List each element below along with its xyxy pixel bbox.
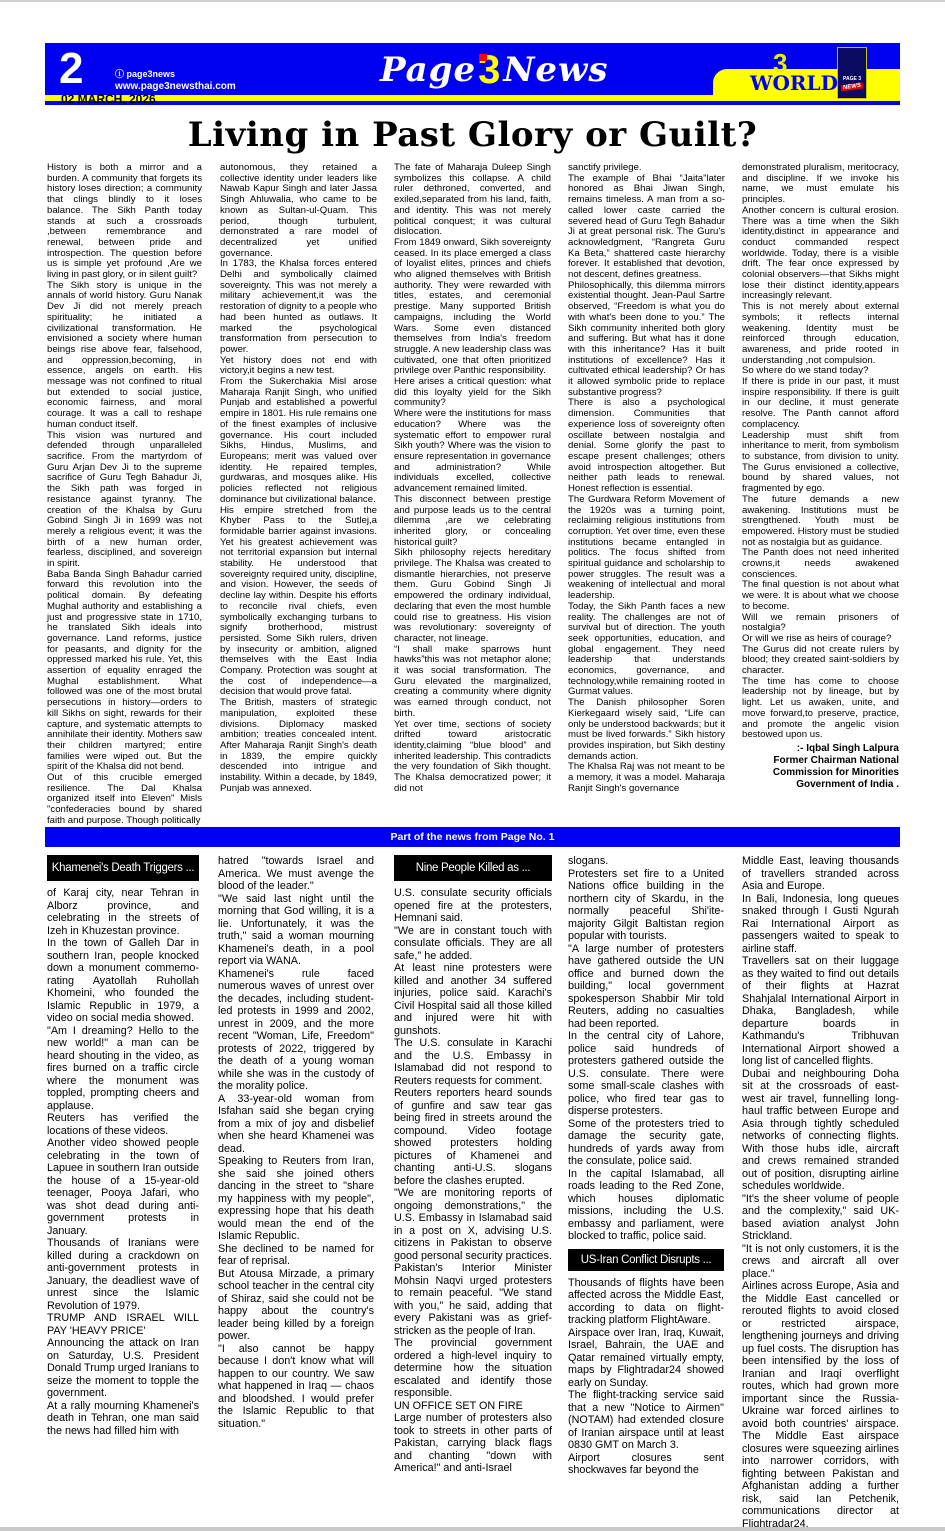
paragraph: The Gurus did not create rulers by blood…: [742, 645, 899, 677]
paragraph: "I also cannot be happy because I don't …: [218, 1343, 374, 1431]
news-column-5: Middle East, leaving thousands of travel…: [742, 855, 899, 1530]
page-number: 2: [59, 45, 83, 93]
paragraph: Philosophically, this dilemma mirrors ex…: [568, 281, 725, 399]
paragraph: demonstrated pluralism, meritocracy, and…: [742, 163, 899, 206]
paragraph: In 1783, the Khalsa forces entered Delhi…: [220, 259, 377, 355]
social-handle-text: page3news: [127, 69, 176, 79]
paragraph: The final question is not about what we …: [742, 580, 899, 612]
badge-line2: NEWS: [841, 82, 864, 91]
paragraph: Where were the institutions for mass edu…: [394, 409, 551, 495]
signature-line: Government of India .: [742, 779, 899, 791]
website-link[interactable]: www.page3newsthai.com: [115, 81, 236, 92]
signature-line: :- Iqbal Singh Lalpura: [742, 743, 899, 755]
paragraph: In the central city of Lahore, police sa…: [568, 1030, 724, 1118]
social-handle[interactable]: ⓘ page3news: [115, 67, 175, 80]
paragraph: From the Sukerchakia Misl arose Maharaja…: [220, 377, 377, 505]
paragraph: A 33-year-old woman from Isfahan said sh…: [218, 1093, 374, 1156]
badge-line1: PAGE 3: [843, 76, 861, 82]
paragraph: Khamenei's rule faced numerous waves of …: [218, 968, 374, 1093]
paragraph: The flight-tracking service said that a …: [568, 1389, 724, 1452]
paragraph: Will we remain prisoners of nostalgia?: [742, 613, 899, 634]
subheading: UN OFFICE SET ON FIRE: [394, 1400, 552, 1413]
badge-number: 3: [773, 50, 931, 76]
paragraph: The Sikh story is unique in the annals o…: [47, 281, 202, 431]
masthead: 2 ⓘ page3news www.page3newsthai.com 02 M…: [45, 43, 900, 105]
paragraph: "We are in constant touch with consulate…: [394, 925, 552, 963]
feature-column-2: autonomous, they retained a collective i…: [220, 163, 377, 794]
paragraph: of Karaj city, near Tehran in Alborz pro…: [47, 887, 199, 937]
logo-text-page: Page: [380, 50, 476, 90]
story-kicker-khamenei[interactable]: Khamenei's Death Triggers ...: [47, 855, 199, 881]
paragraph: The future demands a new awakening. Inst…: [742, 495, 899, 549]
feature-column-3: The fate of Maharaja Duleep Singh symbol…: [394, 163, 551, 794]
news-column-3: Nine People Killed as ... U.S. consulate…: [394, 855, 552, 1475]
paragraph: In the capital Islamabad, all roads lead…: [568, 1168, 724, 1243]
newspaper-logo: Page3News: [380, 47, 608, 93]
paragraph: "A large number of protesters have gathe…: [568, 943, 724, 1031]
paragraph: The time has come to choose leadership n…: [742, 677, 899, 741]
paragraph: Yet history does not end with victory,it…: [220, 356, 377, 377]
paragraph: “I shall make sparrows hunt hawks”this w…: [394, 645, 551, 720]
paragraph: This vision was nurtured and defended th…: [47, 431, 202, 570]
feature-column-1: History is both a mirror and a burden. A…: [47, 163, 202, 827]
paragraph: She declined to be named for fear of rep…: [218, 1243, 374, 1268]
paragraph: Middle East, leaving thousands of travel…: [742, 855, 899, 893]
paragraph: The Panth does not need inherited crowns…: [742, 548, 899, 580]
paragraph: U.S. consulate security officials opened…: [394, 887, 552, 925]
story-kicker-nine-killed[interactable]: Nine People Killed as ...: [394, 855, 552, 881]
subheading: TRUMP AND ISRAEL WILL PAY 'HEAVY PRICE': [47, 1312, 199, 1337]
news-column-2: hatred "towards Israel and America. We m…: [218, 855, 374, 1430]
paragraph: The fate of Maharaja Duleep Singh symbol…: [394, 163, 551, 238]
paragraph: But Atousa Mirzade, a primary school tea…: [218, 1268, 374, 1343]
paragraph: This disconnect between prestige and pur…: [394, 495, 551, 549]
page-bottom-rule: [0, 1527, 945, 1531]
continued-from-page-bar: Part of the news from Page No. 1: [45, 827, 900, 847]
paragraph: Announcing the attack on Iran on Saturda…: [47, 1337, 199, 1400]
paragraph: Here arises a critical question: what di…: [394, 377, 551, 409]
signature-line: Commission for Minorities: [742, 767, 899, 779]
paragraph: Some of the protesters tried to damage t…: [568, 1118, 724, 1168]
paragraph: Dubai and neighbouring Doha sit at the c…: [742, 1068, 899, 1193]
signature-line: Former Chairman National: [742, 755, 899, 767]
paragraph: Pakistan's Interior Minister Mohsin Naqv…: [394, 1262, 552, 1337]
paragraph: The example of Bhai “Jaita”later honored…: [568, 174, 725, 281]
paragraph: "Am I dreaming? Hello to the new world!"…: [47, 1025, 199, 1113]
news-column-4: slogans. Protesters set fire to a United…: [568, 855, 724, 1477]
masthead-bottom-rule: [45, 101, 900, 105]
logo-text-news: News: [503, 50, 608, 90]
paragraph: "We said last night until the morning th…: [218, 893, 374, 968]
feature-headline: Living in Past Glory or Guilt?: [0, 115, 945, 155]
paragraph: Yet over time, sections of society drift…: [394, 720, 551, 795]
paragraph: autonomous, they retained a collective i…: [220, 163, 377, 259]
paragraph: Travellers sat on their luggage as they …: [742, 955, 899, 1068]
paragraph: Out of this crucible emerged resilience.…: [47, 773, 202, 827]
paragraph: Thousands of Iranians were killed during…: [47, 1237, 199, 1312]
feature-column-4: sanctify privilege. The example of Bhai …: [568, 163, 725, 794]
author-signature: :- Iqbal Singh Lalpura Former Chairman N…: [742, 743, 899, 791]
story-kicker-us-iran[interactable]: US-Iran Conflict Disrupts ...: [568, 1249, 724, 1271]
feature-column-5: demonstrated pluralism, meritocracy, and…: [742, 163, 899, 791]
paragraph: Another concern is cultural erosion. The…: [742, 206, 899, 302]
paragraph: History is both a mirror and a burden. A…: [47, 163, 202, 281]
brand-badge: 3 PAGE 3 NEWS: [837, 47, 867, 99]
paragraph: "We are monitoring reports of ongoing de…: [394, 1187, 552, 1262]
news-column-1: Khamenei's Death Triggers ... of Karaj c…: [47, 855, 199, 1437]
paragraph: In Bali, Indonesia, long queues snaked t…: [742, 893, 899, 956]
paragraph: Airport closures sent shockwaves far bey…: [568, 1452, 724, 1477]
paragraph: The Khalsa Raj was not meant to be a mem…: [568, 762, 725, 794]
facebook-icon: ⓘ: [115, 69, 124, 79]
paragraph: There is also a psychological dimension.…: [568, 398, 725, 494]
paragraph: If there is pride in our past, it must i…: [742, 377, 899, 431]
paragraph: Today, the Sikh Panth faces a new realit…: [568, 602, 725, 698]
paragraph: Baba Banda Singh Bahadur carried forward…: [47, 570, 202, 773]
paragraph: In the town of Galleh Dar in southern Ir…: [47, 937, 199, 1025]
paragraph: Protesters set fire to a United Nations …: [568, 868, 724, 943]
paragraph: The provincial government ordered a high…: [394, 1337, 552, 1400]
paragraph: "It's the sheer volume of people and the…: [742, 1193, 899, 1243]
paragraph: Airspace over Iran, Iraq, Kuwait, Israel…: [568, 1327, 724, 1390]
paragraph: The British, masters of strategic manipu…: [220, 698, 377, 794]
paragraph: His empire stretched from the Khyber Pas…: [220, 506, 377, 699]
logo-three: 3: [478, 48, 501, 93]
paragraph: Thousands of flights have been affected …: [568, 1277, 724, 1327]
paragraph: Large number of protesters also took to …: [394, 1412, 552, 1475]
paragraph: slogans.: [568, 855, 724, 868]
paragraph: From 1849 onward, Sikh sovereignty cease…: [394, 238, 551, 377]
paragraph: The U.S. consulate in Karachi and the U.…: [394, 1037, 552, 1087]
paragraph: hatred "towards Israel and America. We m…: [218, 855, 374, 893]
paragraph: "It is not only customers, it is the cre…: [742, 1243, 899, 1281]
page-frame-top: [0, 0, 945, 2]
paragraph: The Gurdwara Reform Movement of the 1920…: [568, 495, 725, 602]
paragraph: Reuters reporters heard sounds of gunfir…: [394, 1087, 552, 1187]
paragraph: At a rally mourning Khamenei's death in …: [47, 1400, 199, 1438]
paragraph: Speaking to Reuters from Iran, she said …: [218, 1155, 374, 1243]
paragraph: Another video showed people celebrating …: [47, 1137, 199, 1237]
paragraph: Leadership must shift from inheritance t…: [742, 431, 899, 495]
paragraph: At least nine protesters were killed and…: [394, 962, 552, 1037]
paragraph: The Danish philosopher Soren Kierkegaard…: [568, 698, 725, 762]
paragraph: Airlines across Europe, Asia and the Mid…: [742, 1280, 899, 1530]
paragraph: Reuters has verified the locations of th…: [47, 1112, 199, 1137]
paragraph: This is not merely about external symbol…: [742, 302, 899, 366]
paragraph: Sikh philosophy rejects hereditary privi…: [394, 548, 551, 644]
issue-date: 02 MARCH, 2026: [61, 94, 156, 105]
